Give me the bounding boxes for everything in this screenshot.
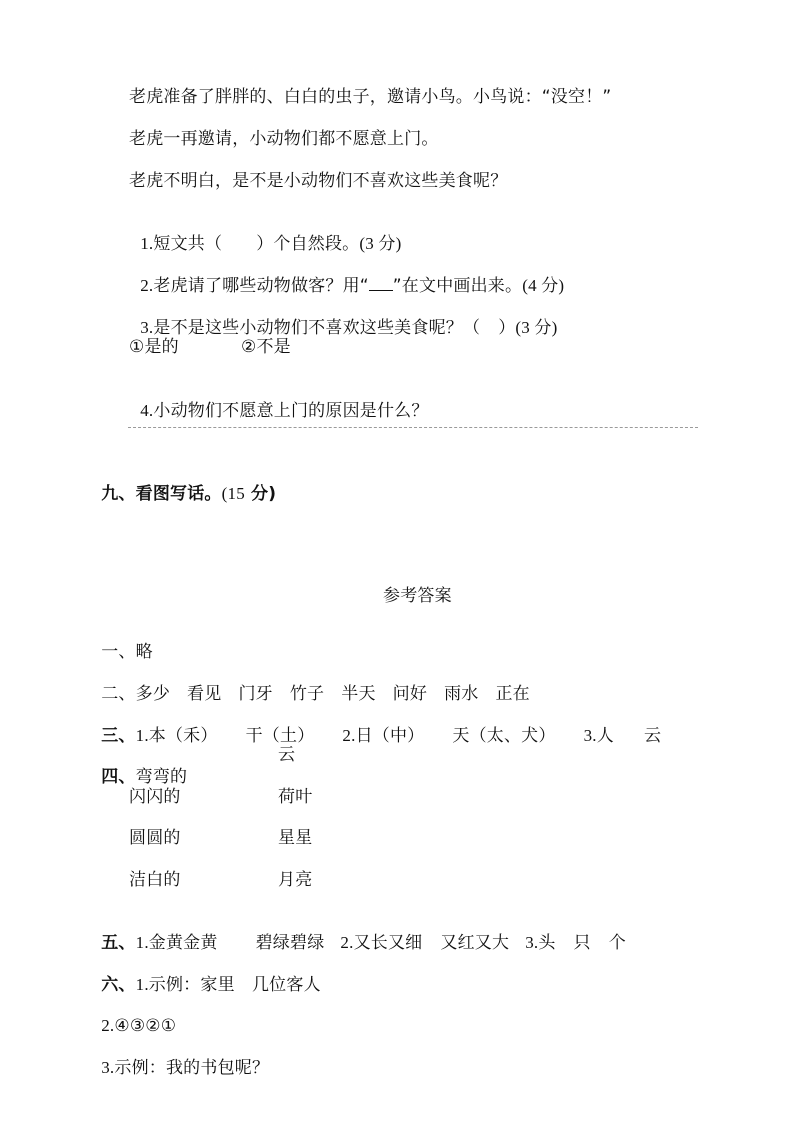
answer-item: 人 (597, 726, 614, 746)
question-3: 3.是不是这些小动物们不喜欢这些美食呢？（）(3 分) (129, 295, 557, 339)
question-text: 是不是这些小动物们不喜欢这些美食呢？（ (153, 318, 480, 338)
question-2: 2.老虎请了哪些动物做客？用“”在文中画出来。(4 分) (129, 253, 564, 297)
answer-item: 正在 (495, 684, 529, 704)
question-text: 老虎请了哪些动物做客？用“ (153, 276, 368, 296)
question-number: 1. (140, 234, 153, 253)
q3-option-1: ①是的 (129, 336, 179, 358)
answer-item: 看见 (187, 684, 221, 704)
answer-item: 门牙 (238, 684, 272, 704)
question-number: 3. (140, 318, 153, 337)
question-text: 小动物们不愿意上门的原因是什么？ (153, 401, 428, 421)
answer-item: 碧绿碧绿 (256, 933, 325, 953)
part-number: 3. (584, 726, 597, 745)
answer-item: 只 (574, 933, 591, 953)
part-number: 2. (342, 726, 355, 745)
answer-item: 个 (609, 933, 626, 953)
question-1: 1.短文共（）个自然段。(3 分) (129, 211, 401, 255)
answer-item: 半天 (341, 684, 375, 704)
part-number: 3. (525, 933, 538, 952)
part-number: 1. (136, 726, 149, 745)
score-unit: 分) (245, 484, 276, 504)
pair-right: 月亮 (278, 869, 312, 891)
question-text: 短文共（ (153, 234, 222, 254)
answer-item: 金黄金黄 (149, 933, 218, 953)
answer-item: 头 (538, 933, 555, 953)
part-number: 1. (136, 933, 149, 952)
answer-text: 示例：家里 几位客人 (149, 975, 321, 995)
part-number: 1. (136, 975, 149, 994)
answer-item: 天（太、犬） (452, 726, 555, 746)
answer-item: 干（土） (246, 726, 315, 746)
section-label: 一、 (101, 642, 135, 662)
answer-text: 示例：我的书包呢？ (114, 1058, 269, 1078)
answer-text: 略 (136, 642, 153, 662)
section-label: 六、 (101, 975, 135, 995)
question-number: 2. (140, 276, 153, 295)
answer-key-title: 参考答案 (383, 585, 452, 607)
section-label: 三、 (101, 726, 135, 746)
answer-section-6-part-2: 2.④③②① (90, 993, 176, 1037)
pair-left: 洁白的 (129, 869, 181, 891)
question-score: (4 分) (522, 276, 564, 295)
answer-section-6-part-1: 六、1.示例：家里 几位客人 (90, 952, 321, 996)
pair-right: 星星 (278, 827, 312, 849)
answer-item: 多少 (136, 684, 170, 704)
passage-line-3: 老虎不明白，是不是小动物们不喜欢这些美食呢？ (129, 170, 507, 192)
passage-line-2: 老虎一再邀请，小动物们都不愿意上门。 (129, 128, 439, 150)
answer-item: 云 (644, 726, 661, 746)
answer-item: 又长又细 (354, 933, 423, 953)
pair-right: 荷叶 (278, 786, 312, 808)
section-label: 二、 (101, 684, 135, 704)
score-number: 15 (228, 484, 245, 503)
section-label: 五、 (101, 933, 135, 953)
question-score: (3 分) (359, 234, 401, 253)
q3-option-2: ②不是 (241, 336, 291, 358)
answer-section-1: 一、略 (90, 619, 153, 663)
answer-section-4-row-1: 四、弯弯的 (90, 744, 187, 788)
pair-left: 闪闪的 (129, 786, 181, 808)
answer-section-5: 五、1.金黄金黄碧绿碧绿2.又长又细又红又大3.头只个 (90, 910, 626, 954)
part-number: 3. (101, 1058, 114, 1077)
passage-line-1: 老虎准备了胖胖的、白白的虫子，邀请小鸟。小鸟说：“没空！” (129, 86, 611, 108)
underline-mark (369, 276, 393, 291)
answer-section-2: 二、多少看见门牙竹子半天问好雨水正在 (90, 661, 530, 705)
question-4: 4.小动物们不愿意上门的原因是什么？ (129, 378, 429, 422)
answer-item: 本（禾） (149, 726, 218, 746)
answer-item: 雨水 (444, 684, 478, 704)
answer-section-3: 三、1.本（禾）干（土）2.日（中）天（太、犬）3.人云 (90, 703, 661, 747)
question-text-after: ） (498, 318, 515, 338)
pair-left: 弯弯的 (136, 767, 188, 787)
question-number: 4. (140, 401, 153, 420)
section-label: 九、看图写话。 (101, 484, 221, 504)
answer-item: 竹子 (290, 684, 324, 704)
pair-right: 云 (278, 744, 295, 766)
answer-item: 问好 (393, 684, 427, 704)
section-label: 四、 (101, 767, 135, 787)
answer-writing-line[interactable] (128, 427, 698, 428)
question-text-after: ）个自然段。 (256, 234, 359, 254)
answer-section-6-part-3: 3.示例：我的书包呢？ (90, 1035, 269, 1079)
answer-item: 又红又大 (440, 933, 509, 953)
question-score: (3 分) (515, 318, 557, 337)
answer-item: 日（中） (356, 726, 425, 746)
pair-left: 圆圆的 (129, 827, 181, 849)
part-number: 2. (101, 1016, 114, 1035)
answer-text: ④③②① (114, 1016, 176, 1036)
question-text-after: ”在文中画出来。 (393, 276, 522, 296)
part-number: 2. (340, 933, 353, 952)
section-9-heading: 九、看图写话。(15 分) (90, 461, 276, 505)
